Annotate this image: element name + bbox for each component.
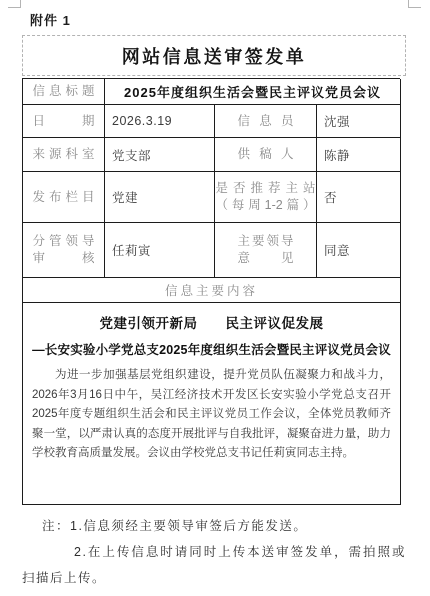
label-info-officer: 信息员	[215, 105, 317, 138]
label-leader-review: 分管领导 审核	[23, 223, 105, 278]
page-margin-mark-right	[408, 0, 421, 8]
form-title-box: 网站信息送审签发单	[22, 35, 406, 76]
content-cell: 党建引领开新局 民主评议促发展 —长安实验小学党总支2025年度组织生活会暨民主…	[23, 303, 401, 505]
label-contributor: 供稿人	[215, 138, 317, 172]
label-main-leader-opinion: 主要领导 意见	[215, 223, 317, 278]
page-margin-mark-left	[8, 0, 21, 8]
label-date: 日期	[23, 105, 105, 138]
footer-notes: 注：1.信息须经主要领导审签后方能发送。 2.在上传信息时请同时上传本送审签发单…	[22, 513, 406, 591]
content-headline: 党建引领开新局 民主评议促发展	[29, 312, 394, 332]
label-info-title: 信息标题	[23, 79, 105, 105]
value-info-title: 2025年度组织生活会暨民主评议党员会议	[105, 79, 401, 105]
value-date: 2026.3.19	[105, 105, 215, 138]
label-recommend-main-site: 是否推荐主站 （每周1-2篇）	[215, 172, 317, 223]
form-title: 网站信息送审签发单	[122, 43, 307, 69]
content-section-header: 信息主要内容	[23, 278, 401, 303]
label-publish-column: 发布栏目	[23, 172, 105, 223]
value-contributor: 陈静	[317, 138, 401, 172]
value-publish-column: 党建	[105, 172, 215, 223]
form-document: 网站信息送审签发单 信息标题 2025年度组织生活会暨民主评议党员会议 日期 2…	[22, 35, 406, 591]
note-1: 注：1.信息须经主要领导审签后方能发送。	[22, 513, 406, 539]
attachment-label: 附件 1	[30, 10, 71, 29]
value-main-leader-opinion: 同意	[317, 223, 401, 278]
value-info-officer: 沈强	[317, 105, 401, 138]
value-leader-review: 任莉寅	[105, 223, 215, 278]
value-recommend-main-site: 否	[317, 172, 401, 223]
form-table: 信息标题 2025年度组织生活会暨民主评议党员会议 日期 2026.3.19 信…	[22, 78, 400, 505]
content-subtitle: —长安实验小学党总支2025年度组织生活会暨民主评议党员会议	[29, 340, 394, 358]
note-2: 2.在上传信息时请同时上传本送审签发单，需拍照或扫描后上传。	[22, 539, 406, 591]
value-source-dept: 党支部	[105, 138, 215, 172]
document-page: 附件 1 网站信息送审签发单 信息标题 2025年度组织生活会暨民主评议党员会议…	[0, 0, 430, 596]
label-source-dept: 来源科室	[23, 138, 105, 172]
content-body: 为进一步加强基层党组织建设，提升党员队伍凝聚力和战斗力，2026年3月16日中午…	[29, 366, 394, 464]
